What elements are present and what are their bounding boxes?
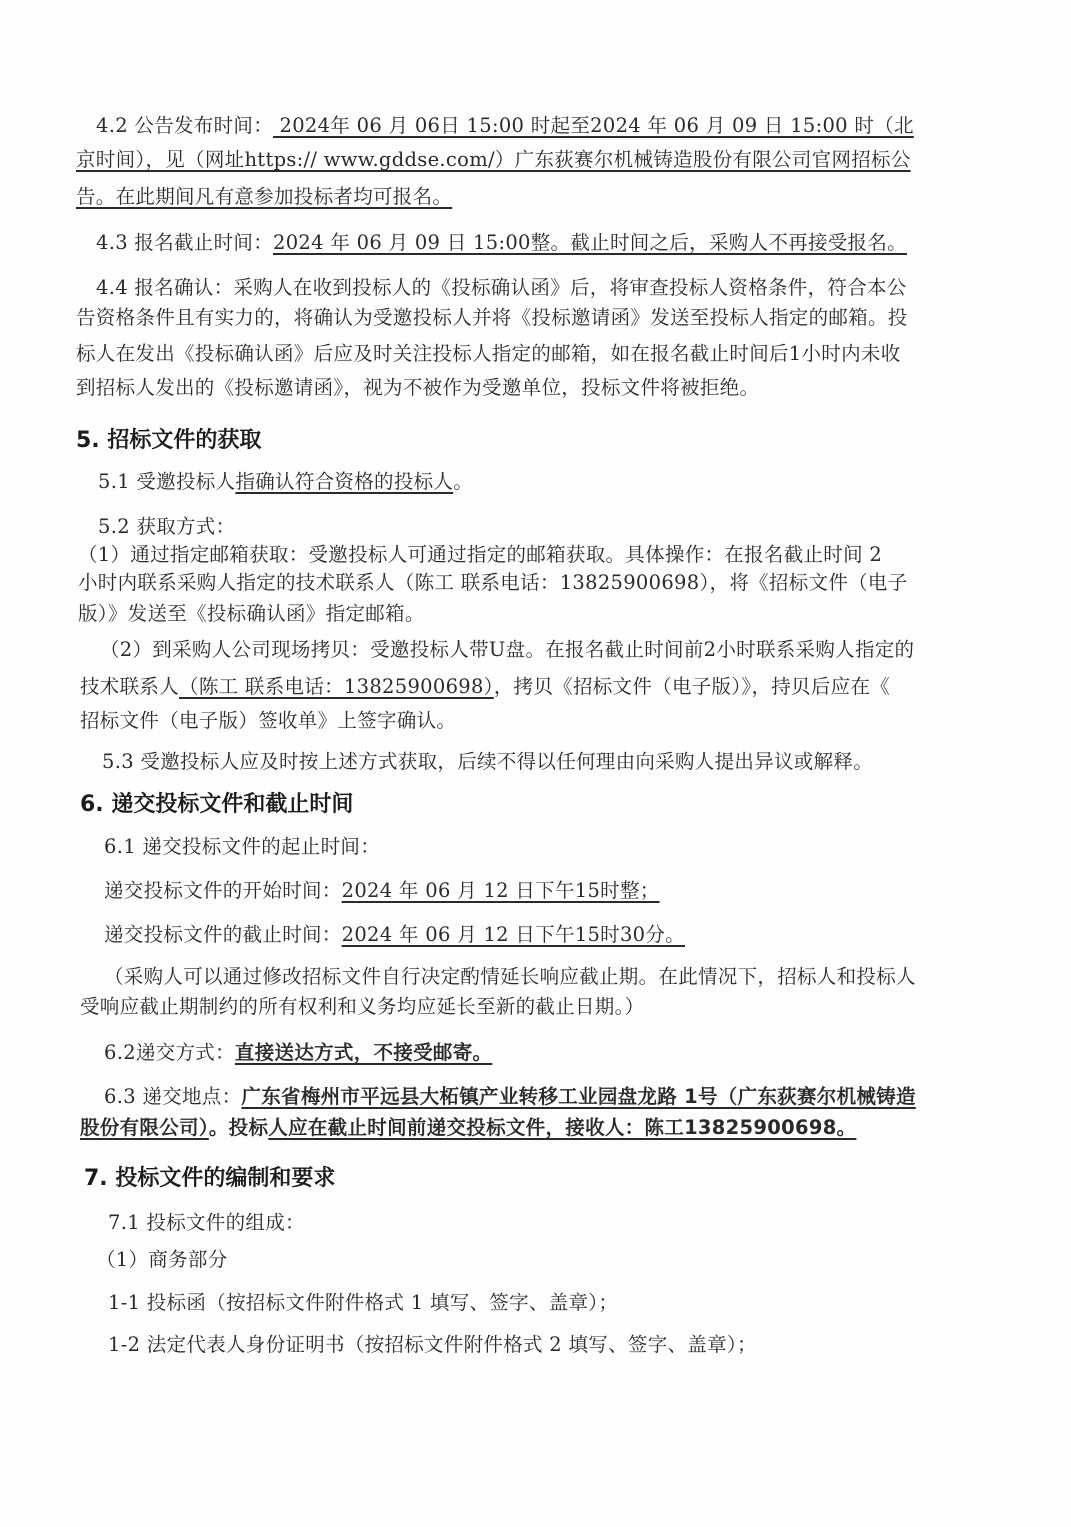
method-1-line-2: 小时内联系采购人指定的技术联系人（陈工 联系电话：13825900698），将《… [78, 569, 908, 597]
delivery-address-value: 广东省梅州市平远县大柘镇产业转移工业园盘龙路 1号（广东荻赛尔机械铸造 [241, 1085, 915, 1108]
clause-6-3-line-2: 股份有限公司）。投标人应在截止时间前递交投标文件，接收人：陈工138259006… [80, 1114, 856, 1142]
method-2-line-2: 技术联系人（陈工 联系电话：13825900698），拷贝《招标文件（电子版）》… [80, 673, 890, 701]
clause-6-1: 6.1 递交投标文件的起止时间： [104, 833, 380, 861]
clause-5-1-value: 指确认符合资格的投标人 [235, 470, 453, 493]
clause-6-3-line-1: 6.3 递交地点：广东省梅州市平远县大柘镇产业转移工业园盘龙路 1号（广东荻赛尔… [104, 1083, 916, 1111]
submission-start-value: 2024 年 06 月 12 日下午15时整； [342, 879, 660, 902]
company-name-value: 股份有限公司） [80, 1116, 209, 1139]
clause-4-4-line-1: 4.4 报名确认：采购人在收到投标人的《投标确认函》后，将审查投标人资格条件，符… [96, 274, 907, 302]
clause-4-2-line-2: 京时间），见（网址https:// www.gddse.com/）广东荻赛尔机械… [76, 146, 911, 174]
method-2-copy-text: ，拷贝《招标文件（电子版）》，持贝后应在《 [494, 675, 890, 698]
submission-end-label: 递交投标文件的截止时间： [104, 923, 342, 946]
clause-4-3-label: 4.3 报名截止时间： [96, 231, 273, 254]
submission-end-value: 2024 年 06 月 12 日下午15时30分。 [342, 923, 685, 946]
delivery-method-value: 直接送达方式，不接受邮寄。 [235, 1041, 492, 1064]
clause-5-2: 5.2 获取方式： [98, 513, 235, 541]
clause-5-1: 5.1 受邀投标人指确认符合资格的投标人。 [98, 468, 473, 496]
clause-4-4-line-3: 标人在发出《投标确认函》后应及时关注投标人指定的邮箱，如在报名截止时间后1小时内… [76, 340, 901, 368]
announcement-period-value: 2024年 06 月 06日 15:00 时起至2024 年 06 月 09 日… [273, 114, 914, 137]
clause-6-3-bidder-text: 。投标 [209, 1116, 268, 1139]
method-2-line-1: （2）到采购人公司现场拷贝：受邀投标人带U盘。在报名截止时间前2小时联系采购人指… [100, 636, 914, 664]
document-page: 4.2 公告发布时间： 2024年 06 月 06日 15:00 时起至2024… [0, 0, 1071, 1527]
section-7-heading: 7. 投标文件的编制和要求 [84, 1164, 335, 1194]
item-1-2: 1-2 法定代表人身份证明书（按招标文件附件格式 2 填写、签字、盖章）； [108, 1331, 757, 1359]
clause-4-3: 4.3 报名截止时间：2024 年 06 月 09 日 15:00整。截止时间之… [96, 229, 907, 257]
clause-4-2-line-1: 4.2 公告发布时间： 2024年 06 月 06日 15:00 时起至2024… [96, 112, 914, 140]
clause-6-2: 6.2递交方式：直接送达方式，不接受邮寄。 [104, 1039, 492, 1067]
clause-4-2-label: 4.2 公告发布时间： [96, 114, 273, 137]
clause-6-3-label: 6.3 递交地点： [104, 1085, 241, 1108]
clause-4-2-line-3: 告。在此期间凡有意参加投标者均可报名。 [76, 183, 452, 211]
clause-5-3: 5.3 受邀投标人应及时按上述方式获取，后续不得以任何理由向采购人提出异议或解释… [102, 748, 873, 776]
section-6-heading: 6. 递交投标文件和截止时间 [80, 790, 353, 820]
item-1-1: 1-1 投标函（按招标文件附件格式 1 填写、签字、盖章）； [108, 1289, 618, 1317]
method-1-line-1: （1）通过指定邮箱获取：受邀投标人可通过指定的邮箱获取。具体操作：在报名截止时间… [78, 541, 882, 569]
extension-note-line-2: 受响应截止期制约的所有权利和义务均应延长至新的截止日期。） [80, 993, 644, 1021]
method-2-contact-value: （陈工 联系电话：13825900698） [179, 675, 494, 698]
submission-start-label: 递交投标文件的开始时间： [104, 879, 342, 902]
clause-7-1: 7.1 投标文件的组成： [108, 1209, 305, 1237]
clause-5-1-label: 5.1 受邀投标人 [98, 470, 235, 493]
method-2-contact-label: 技术联系人 [80, 675, 179, 698]
method-2-line-3: 招标文件（电子版）签收单》上签字确认。 [80, 707, 456, 735]
extension-note-line-1: （采购人可以通过修改招标文件自行决定酌情延长响应截止期。在此情况下，招标人和投标… [104, 963, 916, 991]
clause-4-4-line-4: 到招标人发出的《投标邀请函》，视为不被作为受邀单位，投标文件将被拒绝。 [76, 374, 759, 402]
submission-start: 递交投标文件的开始时间：2024 年 06 月 12 日下午15时整； [104, 877, 660, 905]
business-part-heading: （1）商务部分 [96, 1246, 228, 1274]
method-1-line-3: 版）》发送至《投标确认函》指定邮箱。 [78, 600, 425, 628]
submission-end: 递交投标文件的截止时间：2024 年 06 月 12 日下午15时30分。 [104, 921, 685, 949]
clause-5-1-end: 。 [453, 470, 473, 493]
receiver-value: 人应在截止时间前递交投标文件，接收人：陈工13825900698。 [268, 1116, 856, 1139]
clause-4-4-line-2: 告资格条件且有实力的，将确认为受邀投标人并将《投标邀请函》发送至投标人指定的邮箱… [76, 304, 908, 332]
registration-deadline-value: 2024 年 06 月 09 日 15:00整。截止时间之后，采购人不再接受报名… [273, 231, 907, 254]
clause-6-2-label: 6.2递交方式： [104, 1041, 235, 1064]
section-5-heading: 5. 招标文件的获取 [76, 426, 261, 456]
